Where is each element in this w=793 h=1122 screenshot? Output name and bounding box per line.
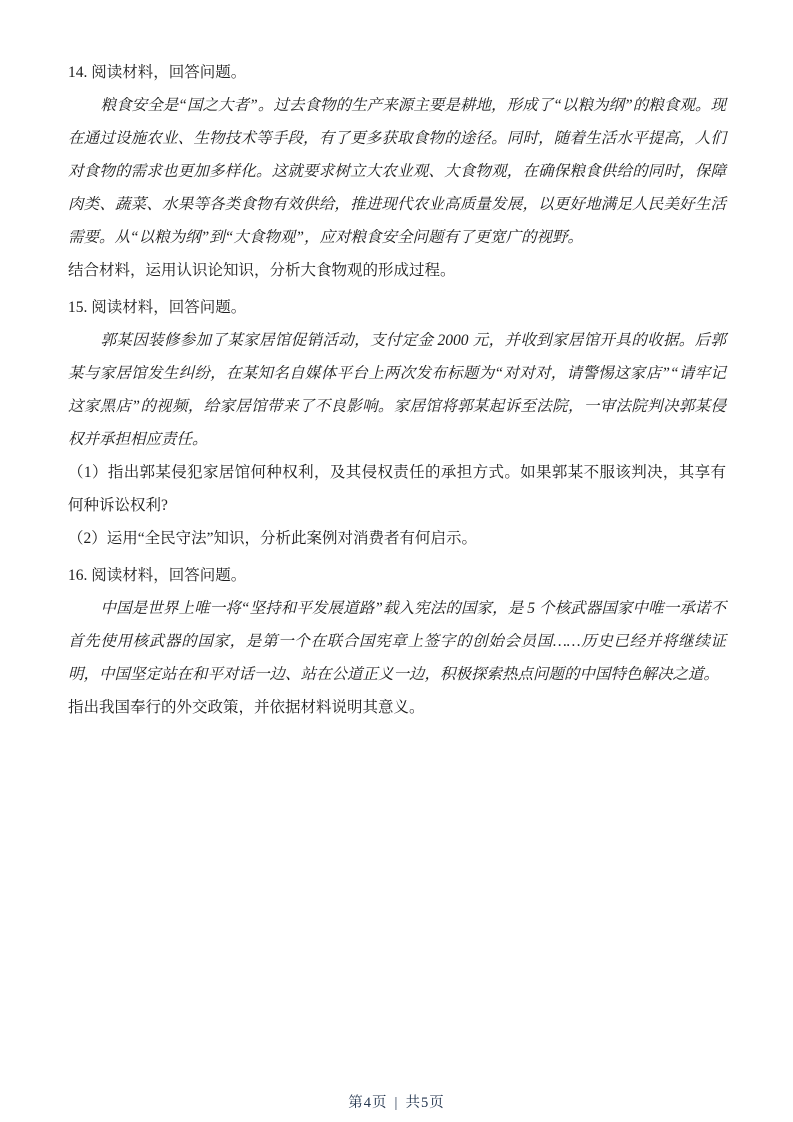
question-16-prompt: 指出我国奉行的外交政策，并依据材料说明其意义。 <box>68 691 726 724</box>
exam-page: 14. 阅读材料，回答问题。 粮食安全是“国之大者”。过去食物的生产来源主要是耕… <box>0 0 793 1122</box>
page-footer: 第4页|共5页 <box>0 1091 793 1112</box>
footer-total-pages: 共5页 <box>405 1095 444 1111</box>
question-14-prompt: 结合材料，运用认识论知识，分析大食物观的形成过程。 <box>68 254 726 287</box>
question-16: 16. 阅读材料，回答问题。 中国是世界上唯一将“坚持和平发展道路”载入宪法的国… <box>68 559 726 724</box>
question-15-material: 郭某因装修参加了某家居馆促销活动，支付定金 2000 元，并收到家居馆开具的收据… <box>68 324 726 456</box>
question-14-header: 14. 阅读材料，回答问题。 <box>68 56 726 89</box>
question-14: 14. 阅读材料，回答问题。 粮食安全是“国之大者”。过去食物的生产来源主要是耕… <box>68 56 726 287</box>
question-15-prompt-1: （1）指出郭某侵犯家居馆何种权利，及其侵权责任的承担方式。如果郭某不服该判决，其… <box>68 456 726 522</box>
question-16-material: 中国是世界上唯一将“坚持和平发展道路”载入宪法的国家，是 5 个核武器国家中唯一… <box>68 592 726 691</box>
question-14-material: 粮食安全是“国之大者”。过去食物的生产来源主要是耕地，形成了“以粮为纲”的粮食观… <box>68 89 726 254</box>
question-15-header: 15. 阅读材料，回答问题。 <box>68 291 726 324</box>
page-content: 14. 阅读材料，回答问题。 粮食安全是“国之大者”。过去食物的生产来源主要是耕… <box>68 56 726 724</box>
footer-separator: | <box>395 1095 399 1112</box>
footer-page-number: 第4页 <box>348 1095 387 1111</box>
question-15-prompt-2: （2）运用“全民守法”知识，分析此案例对消费者有何启示。 <box>68 522 726 555</box>
question-16-header: 16. 阅读材料，回答问题。 <box>68 559 726 592</box>
question-15: 15. 阅读材料，回答问题。 郭某因装修参加了某家居馆促销活动，支付定金 200… <box>68 291 726 555</box>
